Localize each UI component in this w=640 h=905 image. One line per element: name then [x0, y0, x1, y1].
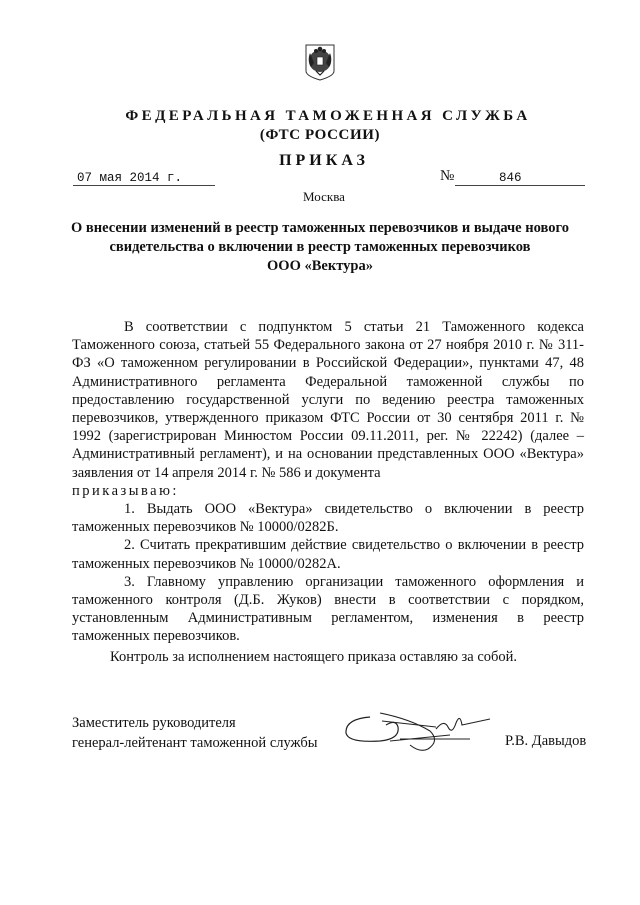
doc-number: 846 — [455, 171, 585, 186]
position-line: Заместитель руководителя — [72, 713, 318, 733]
order-word: приказываю: — [72, 482, 584, 500]
doc-date: 07 мая 2014 г. — [73, 171, 215, 186]
title-line: свидетельства о включении в реестр тамож… — [60, 238, 580, 257]
order-item: 1. Выдать ООО «Вектура» свидетельство о … — [72, 500, 584, 536]
position-line: генерал-лейтенант таможенной службы — [72, 733, 318, 753]
doc-type: ПРИКАЗ — [0, 152, 640, 170]
org-name: ФЕДЕРАЛЬНАЯ ТАМОЖЕННАЯ СЛУЖБА — [0, 108, 640, 125]
city: Москва — [0, 189, 640, 205]
number-label: № — [440, 168, 454, 185]
order-item: 3. Главному управлению организации тамож… — [72, 573, 584, 646]
org-short-name: (ФТС РОССИИ) — [0, 127, 640, 144]
title-line: ООО «Вектура» — [60, 257, 580, 276]
doc-body: В соответствии с подпунктом 5 статьи 21 … — [72, 318, 584, 646]
signatory-position: Заместитель руководителя генерал-лейтена… — [72, 713, 318, 753]
handwritten-signature-icon — [340, 705, 500, 755]
russian-coat-of-arms-icon — [304, 43, 336, 81]
preamble-paragraph: В соответствии с подпунктом 5 статьи 21 … — [72, 318, 584, 482]
doc-title: О внесении изменений в реестр таможенных… — [60, 219, 580, 276]
document-page: ФЕДЕРАЛЬНАЯ ТАМОЖЕННАЯ СЛУЖБА (ФТС РОССИ… — [0, 0, 640, 905]
signatory-name: Р.В. Давыдов — [505, 733, 586, 750]
control-paragraph: Контроль за исполнением настоящего прика… — [72, 649, 584, 666]
order-item: 2. Считать прекратившим действие свидете… — [72, 536, 584, 572]
title-line: О внесении изменений в реестр таможенных… — [60, 219, 580, 238]
